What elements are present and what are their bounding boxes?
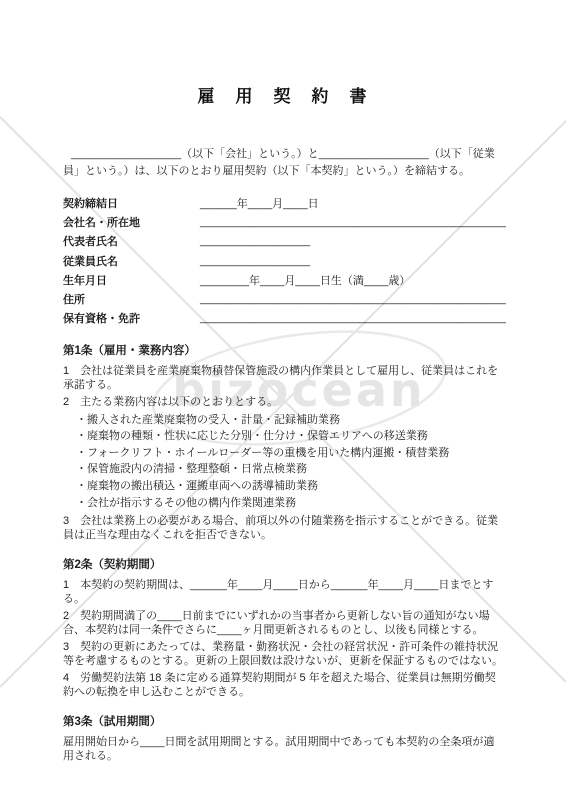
field-label: 契約締結日: [63, 195, 200, 211]
section-body: 雇用開始日から____日間を試用期間とする。試用期間中であっても本契約の全条項が…: [63, 736, 503, 763]
section-body: 1 会社は従業員を産業廃棄物積替保管施設の構内作業員として雇用し、従業員はこれを…: [63, 365, 503, 542]
bullet-group: ・搬入された産業廃棄物の受入・計量・記録補助業務 ・廃棄物の種類・性状に応じた分…: [63, 412, 503, 512]
document-content: 雇 用 契 約 書 __________________（以下「会社」という。）…: [0, 0, 566, 800]
bullet-item: ・保管施設内の清掃・整理整頓・日常点検業務: [63, 461, 503, 478]
section: 第1条（雇用・業務内容） 1 会社は従業員を産業廃棄物積替保管施設の構内作業員と…: [63, 344, 503, 542]
document-page: bizocean 雇 用 契 約 書 __________________（以下…: [0, 0, 566, 800]
section-heading: 第3条（試用期間）: [63, 715, 503, 730]
field-value: ________年____月____日生（満____歳）: [200, 272, 503, 288]
section-heading: 第1条（雇用・業務内容）: [63, 344, 503, 359]
bullet-item: ・会社が指示するその他の構内作業関連業務: [63, 495, 503, 512]
paragraph: 2 主たる業務内容は以下のとおりとする。: [63, 396, 503, 410]
field-label: 保有資格・免許: [63, 310, 200, 326]
field-row: 保有資格・免許 ________________________________…: [63, 309, 503, 328]
bullet-item: ・フォークリフト・ホイールローダー等の重機を用いた構内運搬・積替業務: [63, 445, 503, 462]
field-value: ______年____月____日: [200, 195, 503, 211]
paragraph: 3 契約の更新にあたっては、業務量・勤務状況・会社の経営状況・許可条件の維持状況…: [63, 641, 503, 668]
field-row: 生年月日 ________年____月____日生（満____歳）: [63, 270, 503, 289]
paragraph: 雇用開始日から____日間を試用期間とする。試用期間中であっても本契約の全条項が…: [63, 736, 503, 763]
field-label: 会社名・所在地: [63, 214, 200, 230]
section: 第3条（試用期間） 雇用開始日から____日間を試用期間とする。試用期間中であっ…: [63, 715, 503, 763]
field-value: __________________: [200, 255, 503, 267]
bullet-item: ・廃棄物の搬出積込・運搬車両への誘導補助業務: [63, 478, 503, 495]
field-row: 代表者氏名 __________________: [63, 232, 503, 251]
paragraph: 1 本契約の契約期間は、______年____月____日から______年__…: [63, 579, 503, 606]
bullet-item: ・搬入された産業廃棄物の受入・計量・記録補助業務: [63, 412, 503, 429]
section-heading: 第2条（契約期間）: [63, 558, 503, 573]
paragraph: 4 労働契約法第 18 条に定める通算契約期間が 5 年を超えた場合、従業員は無…: [63, 672, 503, 699]
field-label: 住所: [63, 291, 200, 307]
section-body: 1 本契約の契約期間は、______年____月____日から______年__…: [63, 579, 503, 699]
paragraph: 2 契約期間満了の____日前までにいずれかの当事者から更新しない旨の通知がない…: [63, 610, 503, 637]
field-value: ________________________________________…: [200, 312, 506, 324]
fields: 契約締結日 ______年____月____日 会社名・所在地 ________…: [63, 193, 503, 328]
field-value: __________________: [200, 235, 503, 247]
field-row: 住所 _____________________________________…: [63, 289, 503, 308]
field-value: ________________________________________…: [200, 216, 506, 228]
intro-paragraph: __________________（以下「会社」という。）と_________…: [63, 146, 503, 180]
field-row: 契約締結日 ______年____月____日: [63, 193, 503, 212]
field-label: 代表者氏名: [63, 233, 200, 249]
field-row: 会社名・所在地 ________________________________…: [63, 212, 503, 231]
field-label: 生年月日: [63, 272, 200, 288]
paragraph: 1 会社は従業員を産業廃棄物積替保管施設の構内作業員として雇用し、従業員はこれを…: [63, 365, 503, 392]
field-label: 従業員氏名: [63, 253, 200, 269]
field-value: ________________________________________…: [200, 293, 506, 305]
field-row: 従業員氏名 __________________: [63, 251, 503, 270]
bullet-item: ・廃棄物の種類・性状に応じた分別・仕分け・保管エリアへの移送業務: [63, 428, 503, 445]
section: 第2条（契約期間） 1 本契約の契約期間は、______年____月____日か…: [63, 558, 503, 699]
paragraph: 3 会社は業務上の必要がある場合、前項以外の付随業務を指示することができる。従業…: [63, 515, 503, 542]
sections: 第1条（雇用・業務内容） 1 会社は従業員を産業廃棄物積替保管施設の構内作業員と…: [63, 344, 503, 763]
page-title: 雇 用 契 約 書: [63, 86, 503, 108]
